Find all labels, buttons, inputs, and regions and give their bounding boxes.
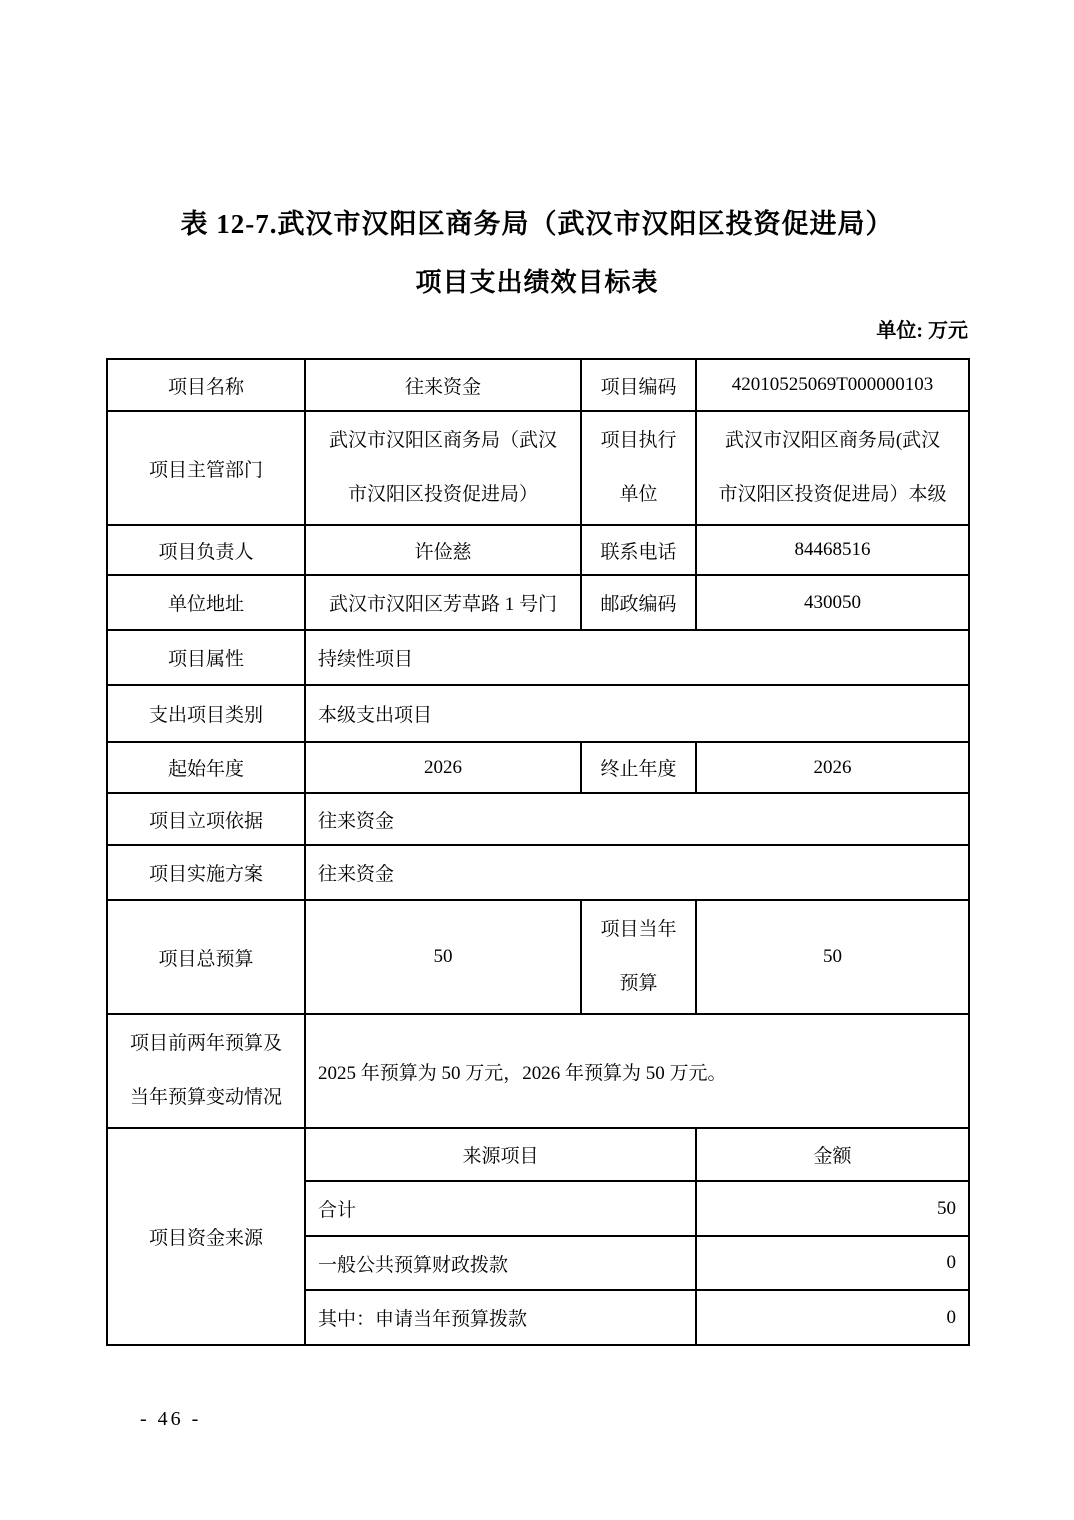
current-budget-label-cell: 项目当年预算 bbox=[581, 900, 696, 1014]
exec-unit-value: 武汉市汉阳区商务局(武汉市汉阳区投资促进局）本级 bbox=[718, 414, 946, 522]
project-code-label: 项目编码 bbox=[581, 359, 696, 411]
funding-header-source: 来源项目 bbox=[305, 1128, 696, 1181]
leader-value: 许俭慈 bbox=[305, 525, 581, 575]
start-year-value: 2026 bbox=[305, 742, 581, 793]
funding-row-amount: 0 bbox=[696, 1290, 969, 1345]
table-row: 项目主管部门 武汉市汉阳区商务局（武汉市汉阳区投资促进局） 项目执行单位 武汉市… bbox=[107, 411, 969, 525]
exec-unit-label: 项目执行单位 bbox=[600, 414, 676, 522]
exec-unit-value-line2: 市汉阳区投资促进局）本级 bbox=[718, 484, 946, 505]
attribute-label: 项目属性 bbox=[107, 630, 305, 685]
prev-budget-label-line2: 当年预算变动情况 bbox=[130, 1087, 282, 1108]
total-budget-value: 50 bbox=[305, 900, 581, 1014]
funding-row-source: 其中：申请当年预算拨款 bbox=[305, 1290, 696, 1345]
funding-row-source: 合计 bbox=[305, 1181, 696, 1236]
expense-type-value: 本级支出项目 bbox=[305, 685, 969, 742]
exec-unit-value-cell: 武汉市汉阳区商务局(武汉市汉阳区投资促进局）本级 bbox=[696, 411, 969, 525]
prev-budget-label-cell: 项目前两年预算及当年预算变动情况 bbox=[107, 1014, 305, 1128]
plan-value: 往来资金 bbox=[305, 845, 969, 900]
attribute-value: 持续性项目 bbox=[305, 630, 969, 685]
current-budget-label-line1: 项目当年 bbox=[600, 919, 676, 940]
phone-label: 联系电话 bbox=[581, 525, 696, 575]
current-budget-label: 项目当年预算 bbox=[600, 903, 676, 1011]
prev-budget-label: 项目前两年预算及当年预算变动情况 bbox=[130, 1017, 282, 1125]
table-row: 项目总预算 50 项目当年预算 50 bbox=[107, 900, 969, 1014]
table-row: 起始年度 2026 终止年度 2026 bbox=[107, 742, 969, 793]
exec-unit-label-line2: 单位 bbox=[619, 484, 657, 505]
expense-type-label: 支出项目类别 bbox=[107, 685, 305, 742]
funding-row-source: 一般公共预算财政拨款 bbox=[305, 1236, 696, 1290]
funding-header-amount: 金额 bbox=[696, 1128, 969, 1181]
postcode-value: 430050 bbox=[696, 575, 969, 630]
exec-unit-label-cell: 项目执行单位 bbox=[581, 411, 696, 525]
unit-note: 单位: 万元 bbox=[876, 314, 968, 343]
table-row: 支出项目类别 本级支出项目 bbox=[107, 685, 969, 742]
page-number: - 46 - bbox=[140, 1408, 201, 1431]
supervisor-dept-value: 武汉市汉阳区商务局（武汉市汉阳区投资促进局） bbox=[329, 414, 557, 522]
start-year-label: 起始年度 bbox=[107, 742, 305, 793]
table-row: 项目名称 往来资金 项目编码 42010525069T000000103 bbox=[107, 359, 969, 411]
exec-unit-value-line1: 武汉市汉阳区商务局(武汉 bbox=[725, 430, 940, 451]
postcode-label: 邮政编码 bbox=[581, 575, 696, 630]
supervisor-dept-value-line2: 市汉阳区投资促进局） bbox=[348, 484, 538, 505]
end-year-value: 2026 bbox=[696, 742, 969, 793]
prev-budget-value: 2025 年预算为 50 万元，2026 年预算为 50 万元。 bbox=[305, 1014, 969, 1128]
end-year-label: 终止年度 bbox=[581, 742, 696, 793]
doc-title-line1: 表 12-7.武汉市汉阳区商务局（武汉市汉阳区投资促进局） bbox=[0, 202, 1074, 241]
funding-row-amount: 50 bbox=[696, 1181, 969, 1236]
table-row: 项目资金来源 来源项目 金额 bbox=[107, 1128, 969, 1181]
plan-label: 项目实施方案 bbox=[107, 845, 305, 900]
document-page: 表 12-7.武汉市汉阳区商务局（武汉市汉阳区投资促进局） 项目支出绩效目标表 … bbox=[0, 0, 1074, 1520]
table-row: 项目立项依据 往来资金 bbox=[107, 793, 969, 845]
current-budget-value: 50 bbox=[696, 900, 969, 1014]
table-row: 项目实施方案 往来资金 bbox=[107, 845, 969, 900]
project-code-value: 42010525069T000000103 bbox=[696, 359, 969, 411]
project-name-label: 项目名称 bbox=[107, 359, 305, 411]
exec-unit-label-line1: 项目执行 bbox=[600, 430, 676, 451]
funding-row-amount: 0 bbox=[696, 1236, 969, 1290]
performance-target-table: 项目名称 往来资金 项目编码 42010525069T000000103 项目主… bbox=[106, 358, 970, 1346]
table-row: 项目属性 持续性项目 bbox=[107, 630, 969, 685]
supervisor-dept-value-cell: 武汉市汉阳区商务局（武汉市汉阳区投资促进局） bbox=[305, 411, 581, 525]
phone-value: 84468516 bbox=[696, 525, 969, 575]
table-row: 单位地址 武汉市汉阳区芳草路 1 号门 邮政编码 430050 bbox=[107, 575, 969, 630]
total-budget-label: 项目总预算 bbox=[107, 900, 305, 1014]
basis-label: 项目立项依据 bbox=[107, 793, 305, 845]
project-name-value: 往来资金 bbox=[305, 359, 581, 411]
supervisor-dept-label: 项目主管部门 bbox=[107, 411, 305, 525]
table-row: 项目负责人 许俭慈 联系电话 84468516 bbox=[107, 525, 969, 575]
address-value: 武汉市汉阳区芳草路 1 号门 bbox=[305, 575, 581, 630]
prev-budget-label-line1: 项目前两年预算及 bbox=[130, 1033, 282, 1054]
basis-value: 往来资金 bbox=[305, 793, 969, 845]
funding-source-label: 项目资金来源 bbox=[107, 1128, 305, 1345]
doc-title-line2: 项目支出绩效目标表 bbox=[0, 262, 1074, 299]
supervisor-dept-value-line1: 武汉市汉阳区商务局（武汉 bbox=[329, 430, 557, 451]
table-row: 项目前两年预算及当年预算变动情况 2025 年预算为 50 万元，2026 年预… bbox=[107, 1014, 969, 1128]
current-budget-label-line2: 预算 bbox=[619, 973, 657, 994]
leader-label: 项目负责人 bbox=[107, 525, 305, 575]
address-label: 单位地址 bbox=[107, 575, 305, 630]
